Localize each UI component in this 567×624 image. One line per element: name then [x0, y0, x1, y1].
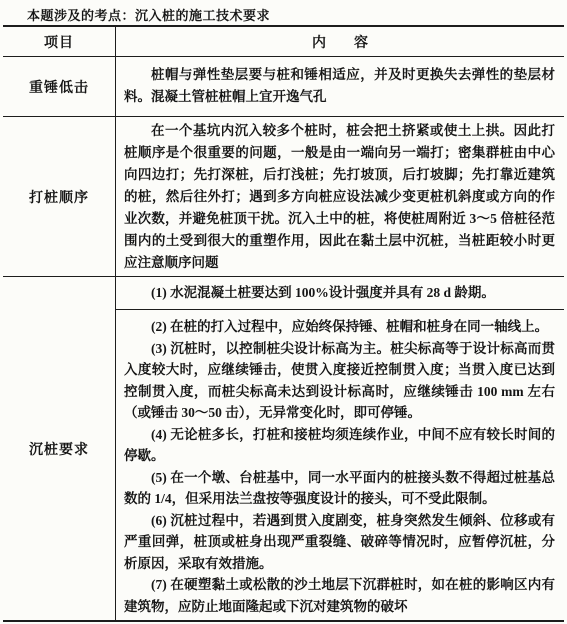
- row-content-heavy-hammer: 桩帽与弹性垫层要与桩和锤相适应，并及时更换失去弹性的垫层材料。混凝土管桩桩帽上宜…: [116, 57, 564, 116]
- table-row-sinking-requirements: 沉桩要求 (1) 水泥混凝土桩要达到 100%设计强度并具有 28 d 龄期。 …: [3, 277, 564, 620]
- requirements-table: 项目 内 容 重锤低击 桩帽与弹性垫层要与桩和锤相适应，并及时更换失去弹性的垫层…: [3, 25, 564, 622]
- numbered-item-7: (7) 在硬塑黏土或松散的沙土地层下沉群桩时，如在桩的影响区内有建筑物，应防止地…: [124, 574, 555, 617]
- paragraph: 在一个基坑内沉入较多个桩时，桩会把土挤紧或使土上拱。因此打桩顺序是个很重要的问题…: [124, 120, 555, 274]
- numbered-item-5: (5) 在一个墩、台桩基中，同一水平面内的桩接头数不得超过桩基总数的 1/4，但…: [124, 467, 555, 510]
- row-content-sinking-requirements: (1) 水泥混凝土桩要达到 100%设计强度并具有 28 d 龄期。 (2) 在…: [116, 277, 564, 620]
- page-title: 本题涉及的考点：沉入桩的施工技术要求: [0, 0, 567, 25]
- numbered-item-2: (2) 在桩的打入过程中，应始终保持锤、桩帽和桩身在同一轴线上。: [124, 316, 555, 338]
- row-label-driving-sequence: 打桩顺序: [3, 117, 116, 276]
- numbered-item-6: (6) 沉桩过程中，若遇到贯入度剧变，桩身突然发生倾斜、位移或有严重回弹，桩顶或…: [124, 510, 555, 575]
- row-content-driving-sequence: 在一个基坑内沉入较多个桩时，桩会把土挤紧或使土上拱。因此打桩顺序是个很重要的问题…: [116, 117, 564, 276]
- subcell-strength-requirement: (1) 水泥混凝土桩要达到 100%设计强度并具有 28 d 龄期。: [116, 277, 564, 310]
- row-label-heavy-hammer: 重锤低击: [3, 57, 116, 116]
- table-row-heavy-hammer: 重锤低击 桩帽与弹性垫层要与桩和锤相适应，并及时更换失去弹性的垫层材料。混凝土管…: [3, 57, 564, 117]
- numbered-item-4: (4) 无论桩多长，打桩和接桩均须连续作业，中间不应有较长时间的停歇。: [124, 424, 555, 467]
- table-row-driving-sequence: 打桩顺序 在一个基坑内沉入较多个桩时，桩会把土挤紧或使土上拱。因此打桩顺序是个很…: [3, 117, 564, 277]
- table-header-row: 项目 内 容: [3, 27, 564, 57]
- column-header-content: 内 容: [116, 27, 564, 56]
- numbered-item-1: (1) 水泥混凝土桩要达到 100%设计强度并具有 28 d 龄期。: [124, 282, 555, 304]
- subcell-operational-requirements: (2) 在桩的打入过程中，应始终保持锤、桩帽和桩身在同一轴线上。 (3) 沉桩时…: [116, 310, 564, 619]
- column-header-item: 项目: [3, 27, 116, 56]
- paragraph: 桩帽与弹性垫层要与桩和锤相适应，并及时更换失去弹性的垫层材料。混凝土管桩桩帽上宜…: [124, 64, 555, 108]
- document-page: 本题涉及的考点：沉入桩的施工技术要求 项目 内 容 重锤低击 桩帽与弹性垫层要与…: [0, 0, 567, 624]
- row-label-sinking-requirements: 沉桩要求: [3, 277, 116, 620]
- numbered-item-3: (3) 沉桩时，以控制桩尖设计标高为主。桩尖标高等于设计标高而贯入度较大时，应继…: [124, 338, 555, 424]
